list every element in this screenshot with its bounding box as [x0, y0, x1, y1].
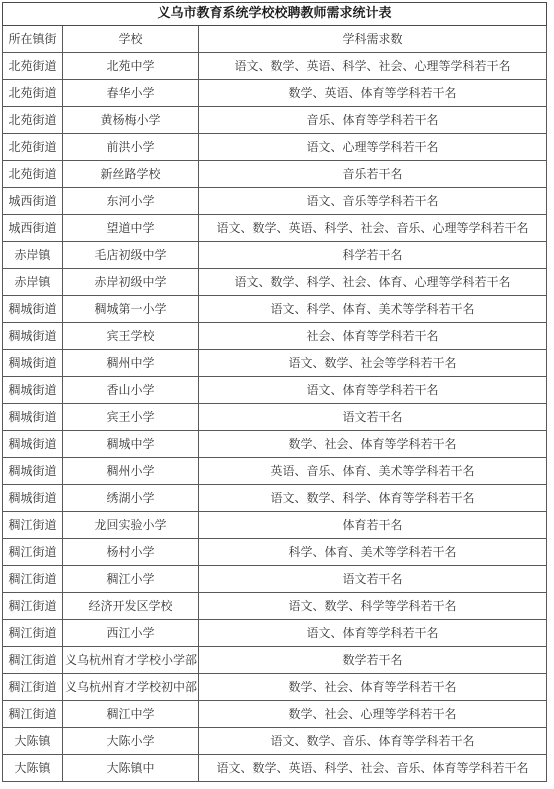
- header-row: 所在镇街 学校 学科需求数: [3, 26, 547, 53]
- town-cell: 北苑街道: [3, 161, 63, 188]
- table-row: 稠城街道 绣湖小学 语文、数学、科学、体育等学科若干名: [3, 485, 547, 512]
- subjects-cell: 社会、体育等学科若干名: [199, 323, 547, 350]
- table-row: 稠城街道 稠州中学 语文、数学、社会等学科若干名: [3, 350, 547, 377]
- subjects-cell: 语文若干名: [199, 566, 547, 593]
- subjects-cell: 语文、数学、英语、科学、社会、音乐、心理等学科若干名: [199, 215, 547, 242]
- subjects-cell: 音乐若干名: [199, 161, 547, 188]
- school-cell: 稠江中学: [63, 701, 199, 728]
- subjects-cell: 音乐、体育等学科若干名: [199, 107, 547, 134]
- subjects-cell: 科学若干名: [199, 242, 547, 269]
- subjects-cell: 语文、数学、音乐、体育等学科若干名: [199, 728, 547, 755]
- town-cell: 稠江街道: [3, 512, 63, 539]
- town-cell: 北苑街道: [3, 134, 63, 161]
- table-row: 稠城街道 香山小学 语文、体育等学科若干名: [3, 377, 547, 404]
- subjects-cell: 体育若干名: [199, 512, 547, 539]
- table-row: 北苑街道 春华小学 数学、英语、体育等学科若干名: [3, 80, 547, 107]
- school-cell: 黄杨梅小学: [63, 107, 199, 134]
- subjects-cell: 语文、科学、体育、美术等学科若干名: [199, 296, 547, 323]
- subjects-cell: 语文、数学、英语、科学、社会、心理等学科若干名: [199, 53, 547, 80]
- town-cell: 北苑街道: [3, 107, 63, 134]
- town-cell: 赤岸镇: [3, 242, 63, 269]
- town-cell: 稠城街道: [3, 485, 63, 512]
- town-cell: 稠城街道: [3, 350, 63, 377]
- school-cell: 新丝路学校: [63, 161, 199, 188]
- town-cell: 稠江街道: [3, 593, 63, 620]
- subjects-cell: 语文、数学、英语、科学、社会、音乐、体育等学科若干名: [199, 755, 547, 782]
- table-body: 义乌市教育系统学校校聘教师需求统计表 所在镇街 学校 学科需求数 北苑街道 北苑…: [3, 3, 547, 782]
- subjects-cell: 语文、体育等学科若干名: [199, 620, 547, 647]
- school-cell: 宾王学校: [63, 323, 199, 350]
- school-cell: 大陈镇中: [63, 755, 199, 782]
- subjects-cell: 语文、体育等学科若干名: [199, 377, 547, 404]
- table-row: 稠城街道 稠州小学 英语、音乐、体育、美术等学科若干名: [3, 458, 547, 485]
- table-row: 北苑街道 前洪小学 语文、心理等学科若干名: [3, 134, 547, 161]
- table-row: 稠城街道 宾王小学 语文若干名: [3, 404, 547, 431]
- title-row: 义乌市教育系统学校校聘教师需求统计表: [3, 3, 547, 26]
- subjects-cell: 语文、心理等学科若干名: [199, 134, 547, 161]
- table-row: 大陈镇 大陈小学 语文、数学、音乐、体育等学科若干名: [3, 728, 547, 755]
- school-cell: 东河小学: [63, 188, 199, 215]
- town-cell: 稠江街道: [3, 539, 63, 566]
- subjects-cell: 数学、社会、心理等学科若干名: [199, 701, 547, 728]
- school-cell: 杨村小学: [63, 539, 199, 566]
- town-cell: 稠城街道: [3, 377, 63, 404]
- school-cell: 绣湖小学: [63, 485, 199, 512]
- subjects-cell: 语文若干名: [199, 404, 547, 431]
- table-row: 稠江街道 经济开发区学校 语文、数学、科学等学科若干名: [3, 593, 547, 620]
- school-cell: 宾王小学: [63, 404, 199, 431]
- town-cell: 稠江街道: [3, 647, 63, 674]
- town-cell: 稠城街道: [3, 431, 63, 458]
- school-cell: 稠城第一小学: [63, 296, 199, 323]
- town-cell: 大陈镇: [3, 755, 63, 782]
- column-header-town: 所在镇街: [3, 26, 63, 53]
- table-row: 赤岸镇 毛店初级中学 科学若干名: [3, 242, 547, 269]
- subjects-cell: 英语、音乐、体育、美术等学科若干名: [199, 458, 547, 485]
- table-row: 稠城街道 宾王学校 社会、体育等学科若干名: [3, 323, 547, 350]
- school-cell: 毛店初级中学: [63, 242, 199, 269]
- town-cell: 稠城街道: [3, 296, 63, 323]
- subjects-cell: 语文、数学、科学、社会、体育、心理等学科若干名: [199, 269, 547, 296]
- subjects-cell: 数学、社会、体育等学科若干名: [199, 674, 547, 701]
- table-row: 城西街道 望道中学 语文、数学、英语、科学、社会、音乐、心理等学科若干名: [3, 215, 547, 242]
- table-title: 义乌市教育系统学校校聘教师需求统计表: [3, 3, 547, 26]
- table-row: 稠江街道 稠江小学 语文若干名: [3, 566, 547, 593]
- table-row: 北苑街道 北苑中学 语文、数学、英语、科学、社会、心理等学科若干名: [3, 53, 547, 80]
- school-cell: 稠州中学: [63, 350, 199, 377]
- table-row: 北苑街道 新丝路学校 音乐若干名: [3, 161, 547, 188]
- table-row: 稠江街道 义乌杭州育才学校初中部 数学、社会、体育等学科若干名: [3, 674, 547, 701]
- town-cell: 赤岸镇: [3, 269, 63, 296]
- town-cell: 北苑街道: [3, 53, 63, 80]
- table-row: 稠江街道 杨村小学 科学、体育、美术等学科若干名: [3, 539, 547, 566]
- school-cell: 稠州小学: [63, 458, 199, 485]
- school-cell: 龙回实验小学: [63, 512, 199, 539]
- school-cell: 义乌杭州育才学校小学部: [63, 647, 199, 674]
- town-cell: 城西街道: [3, 215, 63, 242]
- table-row: 稠城街道 稠城第一小学 语文、科学、体育、美术等学科若干名: [3, 296, 547, 323]
- school-cell: 赤岸初级中学: [63, 269, 199, 296]
- column-header-school: 学校: [63, 26, 199, 53]
- subjects-cell: 数学、英语、体育等学科若干名: [199, 80, 547, 107]
- school-cell: 望道中学: [63, 215, 199, 242]
- table-row: 北苑街道 黄杨梅小学 音乐、体育等学科若干名: [3, 107, 547, 134]
- column-header-subjects: 学科需求数: [199, 26, 547, 53]
- table-row: 城西街道 东河小学 语文、音乐等学科若干名: [3, 188, 547, 215]
- town-cell: 城西街道: [3, 188, 63, 215]
- subjects-cell: 语文、数学、科学、体育等学科若干名: [199, 485, 547, 512]
- table-row: 大陈镇 大陈镇中 语文、数学、英语、科学、社会、音乐、体育等学科若干名: [3, 755, 547, 782]
- school-cell: 稠江小学: [63, 566, 199, 593]
- town-cell: 稠江街道: [3, 674, 63, 701]
- school-cell: 稠城中学: [63, 431, 199, 458]
- table-row: 稠江街道 龙回实验小学 体育若干名: [3, 512, 547, 539]
- school-cell: 大陈小学: [63, 728, 199, 755]
- subjects-cell: 语文、数学、社会等学科若干名: [199, 350, 547, 377]
- school-cell: 经济开发区学校: [63, 593, 199, 620]
- school-cell: 春华小学: [63, 80, 199, 107]
- page: 义乌市教育系统学校校聘教师需求统计表 所在镇街 学校 学科需求数 北苑街道 北苑…: [0, 0, 554, 789]
- subjects-cell: 科学、体育、美术等学科若干名: [199, 539, 547, 566]
- subjects-cell: 语文、数学、科学等学科若干名: [199, 593, 547, 620]
- town-cell: 稠城街道: [3, 323, 63, 350]
- school-cell: 香山小学: [63, 377, 199, 404]
- subjects-cell: 语文、音乐等学科若干名: [199, 188, 547, 215]
- town-cell: 稠江街道: [3, 566, 63, 593]
- table-row: 稠城街道 稠城中学 数学、社会、体育等学科若干名: [3, 431, 547, 458]
- town-cell: 大陈镇: [3, 728, 63, 755]
- town-cell: 稠江街道: [3, 701, 63, 728]
- subjects-cell: 数学、社会、体育等学科若干名: [199, 431, 547, 458]
- teacher-demand-table: 义乌市教育系统学校校聘教师需求统计表 所在镇街 学校 学科需求数 北苑街道 北苑…: [2, 2, 547, 782]
- table-row: 稠江街道 义乌杭州育才学校小学部 数学若干名: [3, 647, 547, 674]
- table-row: 稠江街道 西江小学 语文、体育等学科若干名: [3, 620, 547, 647]
- school-cell: 义乌杭州育才学校初中部: [63, 674, 199, 701]
- table-row: 稠江街道 稠江中学 数学、社会、心理等学科若干名: [3, 701, 547, 728]
- school-cell: 前洪小学: [63, 134, 199, 161]
- town-cell: 稠江街道: [3, 620, 63, 647]
- school-cell: 西江小学: [63, 620, 199, 647]
- table-row: 赤岸镇 赤岸初级中学 语文、数学、科学、社会、体育、心理等学科若干名: [3, 269, 547, 296]
- town-cell: 稠城街道: [3, 458, 63, 485]
- subjects-cell: 数学若干名: [199, 647, 547, 674]
- school-cell: 北苑中学: [63, 53, 199, 80]
- town-cell: 北苑街道: [3, 80, 63, 107]
- town-cell: 稠城街道: [3, 404, 63, 431]
